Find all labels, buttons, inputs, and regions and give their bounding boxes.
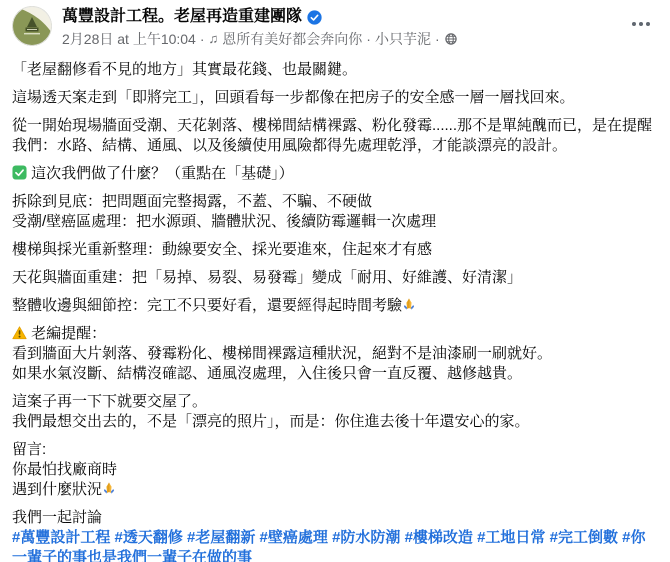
hashtag-link[interactable]: #壁癌處理 <box>260 529 328 546</box>
post-paragraph: 樓梯與採光重新整理：動線要安全、採光要進來，住起來才有感 <box>12 240 658 260</box>
warning-emoji-icon <box>12 326 27 340</box>
hashtag-link[interactable]: #工地日常 <box>477 529 545 546</box>
post-header: 萬豐設計工程。老屋再造重建團隊 2月28日 at 上午10:04 · ♫ 恩所有… <box>12 6 658 48</box>
music-title[interactable]: 恩所有美好都会奔向你 <box>222 30 362 48</box>
music-artist[interactable]: 小只芋泥 <box>375 30 431 48</box>
page-logo-icon <box>12 6 52 46</box>
pray-emoji-icon <box>102 481 116 496</box>
hashtag-link[interactable]: #老屋翻新 <box>187 529 255 546</box>
meta-separator: · <box>200 30 205 48</box>
post-paragraph: 我們一起討論#萬豐設計工程 #透天翻修 #老屋翻新 #壁癌處理 #防水防潮 #樓… <box>12 508 658 562</box>
post-paragraph: 整體收邊與細節控：完工不只要好看，還要經得起時間考驗 <box>12 296 658 316</box>
post-paragraph: 拆除到見底：把問題面完整揭露，不蓋、不騙、不硬做受潮/壁癌區處理：把水源頭、牆體… <box>12 192 658 232</box>
hashtag-link[interactable]: #防水防潮 <box>332 529 400 546</box>
post-paragraph: 「老屋翻修看不見的地方」其實最花錢、也最關鍵。 <box>12 60 658 80</box>
post-paragraph: 老編提醒：看到牆面大片剝落、發霉粉化、樓梯間裸露這種狀況，絕對不是油漆刷一刷就好… <box>12 324 658 384</box>
post-meta: 2月28日 at 上午10:04 · ♫ 恩所有美好都会奔向你 · 小只芋泥 · <box>62 30 658 48</box>
post-body: 「老屋翻修看不見的地方」其實最花錢、也最關鍵。這場透天案走到「即將完工」，回頭看… <box>12 60 658 562</box>
hashtag-link[interactable]: #樓梯改造 <box>405 529 473 546</box>
hashtag-link[interactable]: #透天翻修 <box>115 529 183 546</box>
hashtag-link[interactable]: #萬豐設計工程 <box>12 529 110 546</box>
post-paragraph: 留言:你最怕找廠商時遇到什麼狀況 <box>12 440 658 500</box>
pray-emoji-icon <box>402 297 416 312</box>
more-options-button[interactable] <box>626 16 656 32</box>
check-emoji-icon <box>12 165 27 180</box>
meta-separator: · <box>366 30 371 48</box>
timestamp-link[interactable]: 2月28日 at 上午10:04 <box>62 30 196 48</box>
post-paragraph: 從一開始現場牆面受潮、天花剝落、樓梯間結構裸露、粉化發霉......那不是單純醜… <box>12 116 658 156</box>
privacy-globe-icon <box>445 33 457 45</box>
meta-separator: · <box>435 30 440 48</box>
post-paragraph: 天花與牆面重建：把「易掉、易裂、易發霉」變成「耐用、好維護、好清潔」 <box>12 268 658 288</box>
facebook-post: 萬豐設計工程。老屋再造重建團隊 2月28日 at 上午10:04 · ♫ 恩所有… <box>0 0 670 562</box>
verified-badge-icon <box>307 10 322 25</box>
music-note-icon: ♫ <box>209 30 219 48</box>
post-paragraph: 這場透天案走到「即將完工」，回頭看每一步都像在把房子的安全感一層一層找回來。 <box>12 88 658 108</box>
page-avatar[interactable] <box>12 6 52 46</box>
header-text: 萬豐設計工程。老屋再造重建團隊 2月28日 at 上午10:04 · ♫ 恩所有… <box>62 6 658 48</box>
hashtag-link[interactable]: #完工倒數 <box>550 529 618 546</box>
post-paragraph: 這次我們做了什麼？（重點在「基礎」） <box>12 164 658 184</box>
page-name-link[interactable]: 萬豐設計工程。老屋再造重建團隊 <box>62 7 302 27</box>
post-paragraph: 這案子再一下下就要交屋了。我們最想交出去的，不是「漂亮的照片」，而是：你住進去後… <box>12 392 658 432</box>
